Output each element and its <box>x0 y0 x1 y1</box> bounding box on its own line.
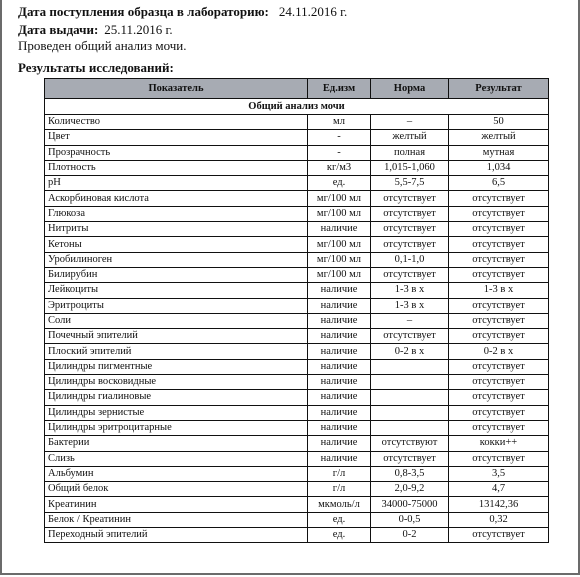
unit-cell: мг/100 мл <box>308 206 371 221</box>
unit-cell: наличие <box>308 390 371 405</box>
result-cell: 4,7 <box>449 482 549 497</box>
table-header-row: Показатель Ед.изм Норма Результат <box>45 79 549 99</box>
norm-cell: – <box>371 313 449 328</box>
norm-cell: отсутствует <box>371 191 449 206</box>
indicator-cell: Слизь <box>45 451 308 466</box>
unit-cell: наличие <box>308 313 371 328</box>
result-cell: 1,034 <box>449 160 549 175</box>
table-row: Прозрачность-полнаямутная <box>45 145 549 160</box>
result-cell: отсутствует <box>449 206 549 221</box>
result-cell: отсутствует <box>449 252 549 267</box>
table-row: Альбуминг/л0,8-3,53,5 <box>45 466 549 481</box>
norm-cell: 1-3 в х <box>371 298 449 313</box>
indicator-cell: Количество <box>45 115 308 130</box>
table-row: Цвет-желтыйжелтый <box>45 130 549 145</box>
section-title: Общий анализ мочи <box>45 99 549 115</box>
column-header-unit: Ед.изм <box>308 79 371 99</box>
norm-cell: 2,0-9,2 <box>371 482 449 497</box>
table-row: Плоский эпителийналичие0-2 в х0-2 в х <box>45 344 549 359</box>
unit-cell: ед. <box>308 512 371 527</box>
norm-cell: 1,015-1,060 <box>371 160 449 175</box>
indicator-cell: Цвет <box>45 130 308 145</box>
result-cell: 0,32 <box>449 512 549 527</box>
result-cell: 1-3 в х <box>449 283 549 298</box>
table-row: Аскорбиновая кислотамг/100 млотсутствует… <box>45 191 549 206</box>
indicator-cell: Плоский эпителий <box>45 344 308 359</box>
table-row: Слизьналичиеотсутствуетотсутствует <box>45 451 549 466</box>
result-cell: отсутствует <box>449 359 549 374</box>
table-row: Плотностькг/м31,015-1,0601,034 <box>45 160 549 175</box>
result-cell: отсутствует <box>449 329 549 344</box>
unit-cell: мг/100 мл <box>308 191 371 206</box>
table-row: Цилиндры восковидныеналичиеотсутствует <box>45 375 549 390</box>
norm-cell: 34000-75000 <box>371 497 449 512</box>
unit-cell: наличие <box>308 344 371 359</box>
unit-cell: наличие <box>308 298 371 313</box>
result-cell: отсутствует <box>449 237 549 252</box>
table-row: Белок / Креатининед.0-0,50,32 <box>45 512 549 527</box>
indicator-cell: Соли <box>45 313 308 328</box>
table-row: Почечный эпителийналичиеотсутствуетотсут… <box>45 329 549 344</box>
norm-cell: отсутствует <box>371 451 449 466</box>
table-row: Уробилиногенмг/100 мл0,1-1,0отсутствует <box>45 252 549 267</box>
table-row: Билирубинмг/100 млотсутствуетотсутствует <box>45 267 549 282</box>
indicator-cell: Цилиндры гиалиновые <box>45 390 308 405</box>
result-cell: отсутствует <box>449 222 549 237</box>
table-row: Цилиндры эритроцитарныеналичиеотсутствуе… <box>45 420 549 435</box>
unit-cell: наличие <box>308 329 371 344</box>
norm-cell <box>371 359 449 374</box>
norm-cell: отсутствует <box>371 206 449 221</box>
result-cell: кокки++ <box>449 436 549 451</box>
result-cell: 3,5 <box>449 466 549 481</box>
table-row: Нитритыналичиеотсутствуетотсутствует <box>45 222 549 237</box>
indicator-cell: Бактерии <box>45 436 308 451</box>
unit-cell: ед. <box>308 176 371 191</box>
indicator-cell: Креатинин <box>45 497 308 512</box>
unit-cell: наличие <box>308 436 371 451</box>
unit-cell: наличие <box>308 283 371 298</box>
indicator-cell: Альбумин <box>45 466 308 481</box>
norm-cell: отсутствует <box>371 222 449 237</box>
table-row: Эритроцитыналичие1-3 в хотсутствует <box>45 298 549 313</box>
unit-cell: кг/м3 <box>308 160 371 175</box>
table-row: Креатининмкмоль/л34000-7500013142,36 <box>45 497 549 512</box>
issued-date-value: 25.11.2016 г. <box>104 22 172 37</box>
received-date-line: Дата поступления образца в лабораторию:2… <box>18 4 347 20</box>
table-row: Цилиндры гиалиновыеналичиеотсутствует <box>45 390 549 405</box>
result-cell: 0-2 в х <box>449 344 549 359</box>
result-cell: отсутствует <box>449 420 549 435</box>
table-row: Солиналичие–отсутствует <box>45 313 549 328</box>
unit-cell: наличие <box>308 420 371 435</box>
table-row: Лейкоцитыналичие1-3 в х1-3 в х <box>45 283 549 298</box>
norm-cell <box>371 390 449 405</box>
table-row: pHед.5,5-7,56,5 <box>45 176 549 191</box>
received-date-label: Дата поступления образца в лабораторию: <box>18 4 269 19</box>
result-cell: мутная <box>449 145 549 160</box>
unit-cell: наличие <box>308 375 371 390</box>
unit-cell: мг/100 мл <box>308 252 371 267</box>
norm-cell: 0-2 в х <box>371 344 449 359</box>
norm-cell: 0,8-3,5 <box>371 466 449 481</box>
unit-cell: наличие <box>308 451 371 466</box>
norm-cell: 5,5-7,5 <box>371 176 449 191</box>
received-date-value: 24.11.2016 г. <box>279 4 347 19</box>
column-header-norm: Норма <box>371 79 449 99</box>
column-header-indicator: Показатель <box>45 79 308 99</box>
indicator-cell: Лейкоциты <box>45 283 308 298</box>
result-cell: отсутствует <box>449 267 549 282</box>
indicator-cell: Почечный эпителий <box>45 329 308 344</box>
table-row: Цилиндры пигментныеналичиеотсутствует <box>45 359 549 374</box>
indicator-cell: Кетоны <box>45 237 308 252</box>
table-row: Количествомл–50 <box>45 115 549 130</box>
norm-cell: 0,1-1,0 <box>371 252 449 267</box>
norm-cell: отсутствует <box>371 237 449 252</box>
unit-cell: мг/100 мл <box>308 237 371 252</box>
result-cell: 13142,36 <box>449 497 549 512</box>
result-cell: отсутствует <box>449 191 549 206</box>
norm-cell: 0-0,5 <box>371 512 449 527</box>
indicator-cell: Уробилиноген <box>45 252 308 267</box>
result-cell: отсутствует <box>449 451 549 466</box>
table-row: Глюкозамг/100 млотсутствуетотсутствует <box>45 206 549 221</box>
table-row: Цилиндры зернистыеналичиеотсутствует <box>45 405 549 420</box>
indicator-cell: Цилиндры эритроцитарные <box>45 420 308 435</box>
indicator-cell: Плотность <box>45 160 308 175</box>
result-cell: желтый <box>449 130 549 145</box>
section-row: Общий анализ мочи <box>45 99 549 115</box>
document-page: Дата поступления образца в лабораторию:2… <box>0 0 580 575</box>
results-title: Результаты исследований: <box>18 60 174 76</box>
norm-cell <box>371 405 449 420</box>
indicator-cell: Общий белок <box>45 482 308 497</box>
unit-cell: г/л <box>308 482 371 497</box>
indicator-cell: Цилиндры восковидные <box>45 375 308 390</box>
norm-cell: 0-2 <box>371 528 449 543</box>
unit-cell: г/л <box>308 466 371 481</box>
norm-cell <box>371 420 449 435</box>
norm-cell: отсутствуют <box>371 436 449 451</box>
indicator-cell: Глюкоза <box>45 206 308 221</box>
analysis-note: Проведен общий анализ мочи. <box>18 38 187 54</box>
norm-cell: отсутствует <box>371 329 449 344</box>
indicator-cell: Эритроциты <box>45 298 308 313</box>
indicator-cell: Билирубин <box>45 267 308 282</box>
result-cell: 50 <box>449 115 549 130</box>
unit-cell: мг/100 мл <box>308 267 371 282</box>
result-cell: отсутствует <box>449 390 549 405</box>
results-table: Показатель Ед.изм Норма Результат Общий … <box>44 78 549 543</box>
norm-cell: 1-3 в х <box>371 283 449 298</box>
unit-cell: наличие <box>308 359 371 374</box>
table-row: Кетонымг/100 млотсутствуетотсутствует <box>45 237 549 252</box>
issued-date-line: Дата выдачи:25.11.2016 г. <box>18 22 173 38</box>
norm-cell: желтый <box>371 130 449 145</box>
column-header-result: Результат <box>449 79 549 99</box>
indicator-cell: Переходный эпителий <box>45 528 308 543</box>
unit-cell: наличие <box>308 405 371 420</box>
unit-cell: мл <box>308 115 371 130</box>
indicator-cell: Цилиндры зернистые <box>45 405 308 420</box>
table-row: Переходный эпителийед.0-2отсутствует <box>45 528 549 543</box>
unit-cell: наличие <box>308 222 371 237</box>
indicator-cell: pH <box>45 176 308 191</box>
issued-date-label: Дата выдачи: <box>18 22 98 37</box>
norm-cell <box>371 375 449 390</box>
result-cell: отсутствует <box>449 298 549 313</box>
unit-cell: - <box>308 130 371 145</box>
indicator-cell: Прозрачность <box>45 145 308 160</box>
result-cell: отсутствует <box>449 313 549 328</box>
norm-cell: полная <box>371 145 449 160</box>
result-cell: отсутствует <box>449 528 549 543</box>
indicator-cell: Цилиндры пигментные <box>45 359 308 374</box>
indicator-cell: Белок / Креатинин <box>45 512 308 527</box>
table-row: Бактерииналичиеотсутствуюткокки++ <box>45 436 549 451</box>
norm-cell: отсутствует <box>371 267 449 282</box>
table-row: Общий белокг/л2,0-9,24,7 <box>45 482 549 497</box>
unit-cell: мкмоль/л <box>308 497 371 512</box>
norm-cell: – <box>371 115 449 130</box>
indicator-cell: Нитриты <box>45 222 308 237</box>
unit-cell: - <box>308 145 371 160</box>
result-cell: 6,5 <box>449 176 549 191</box>
result-cell: отсутствует <box>449 375 549 390</box>
unit-cell: ед. <box>308 528 371 543</box>
indicator-cell: Аскорбиновая кислота <box>45 191 308 206</box>
result-cell: отсутствует <box>449 405 549 420</box>
